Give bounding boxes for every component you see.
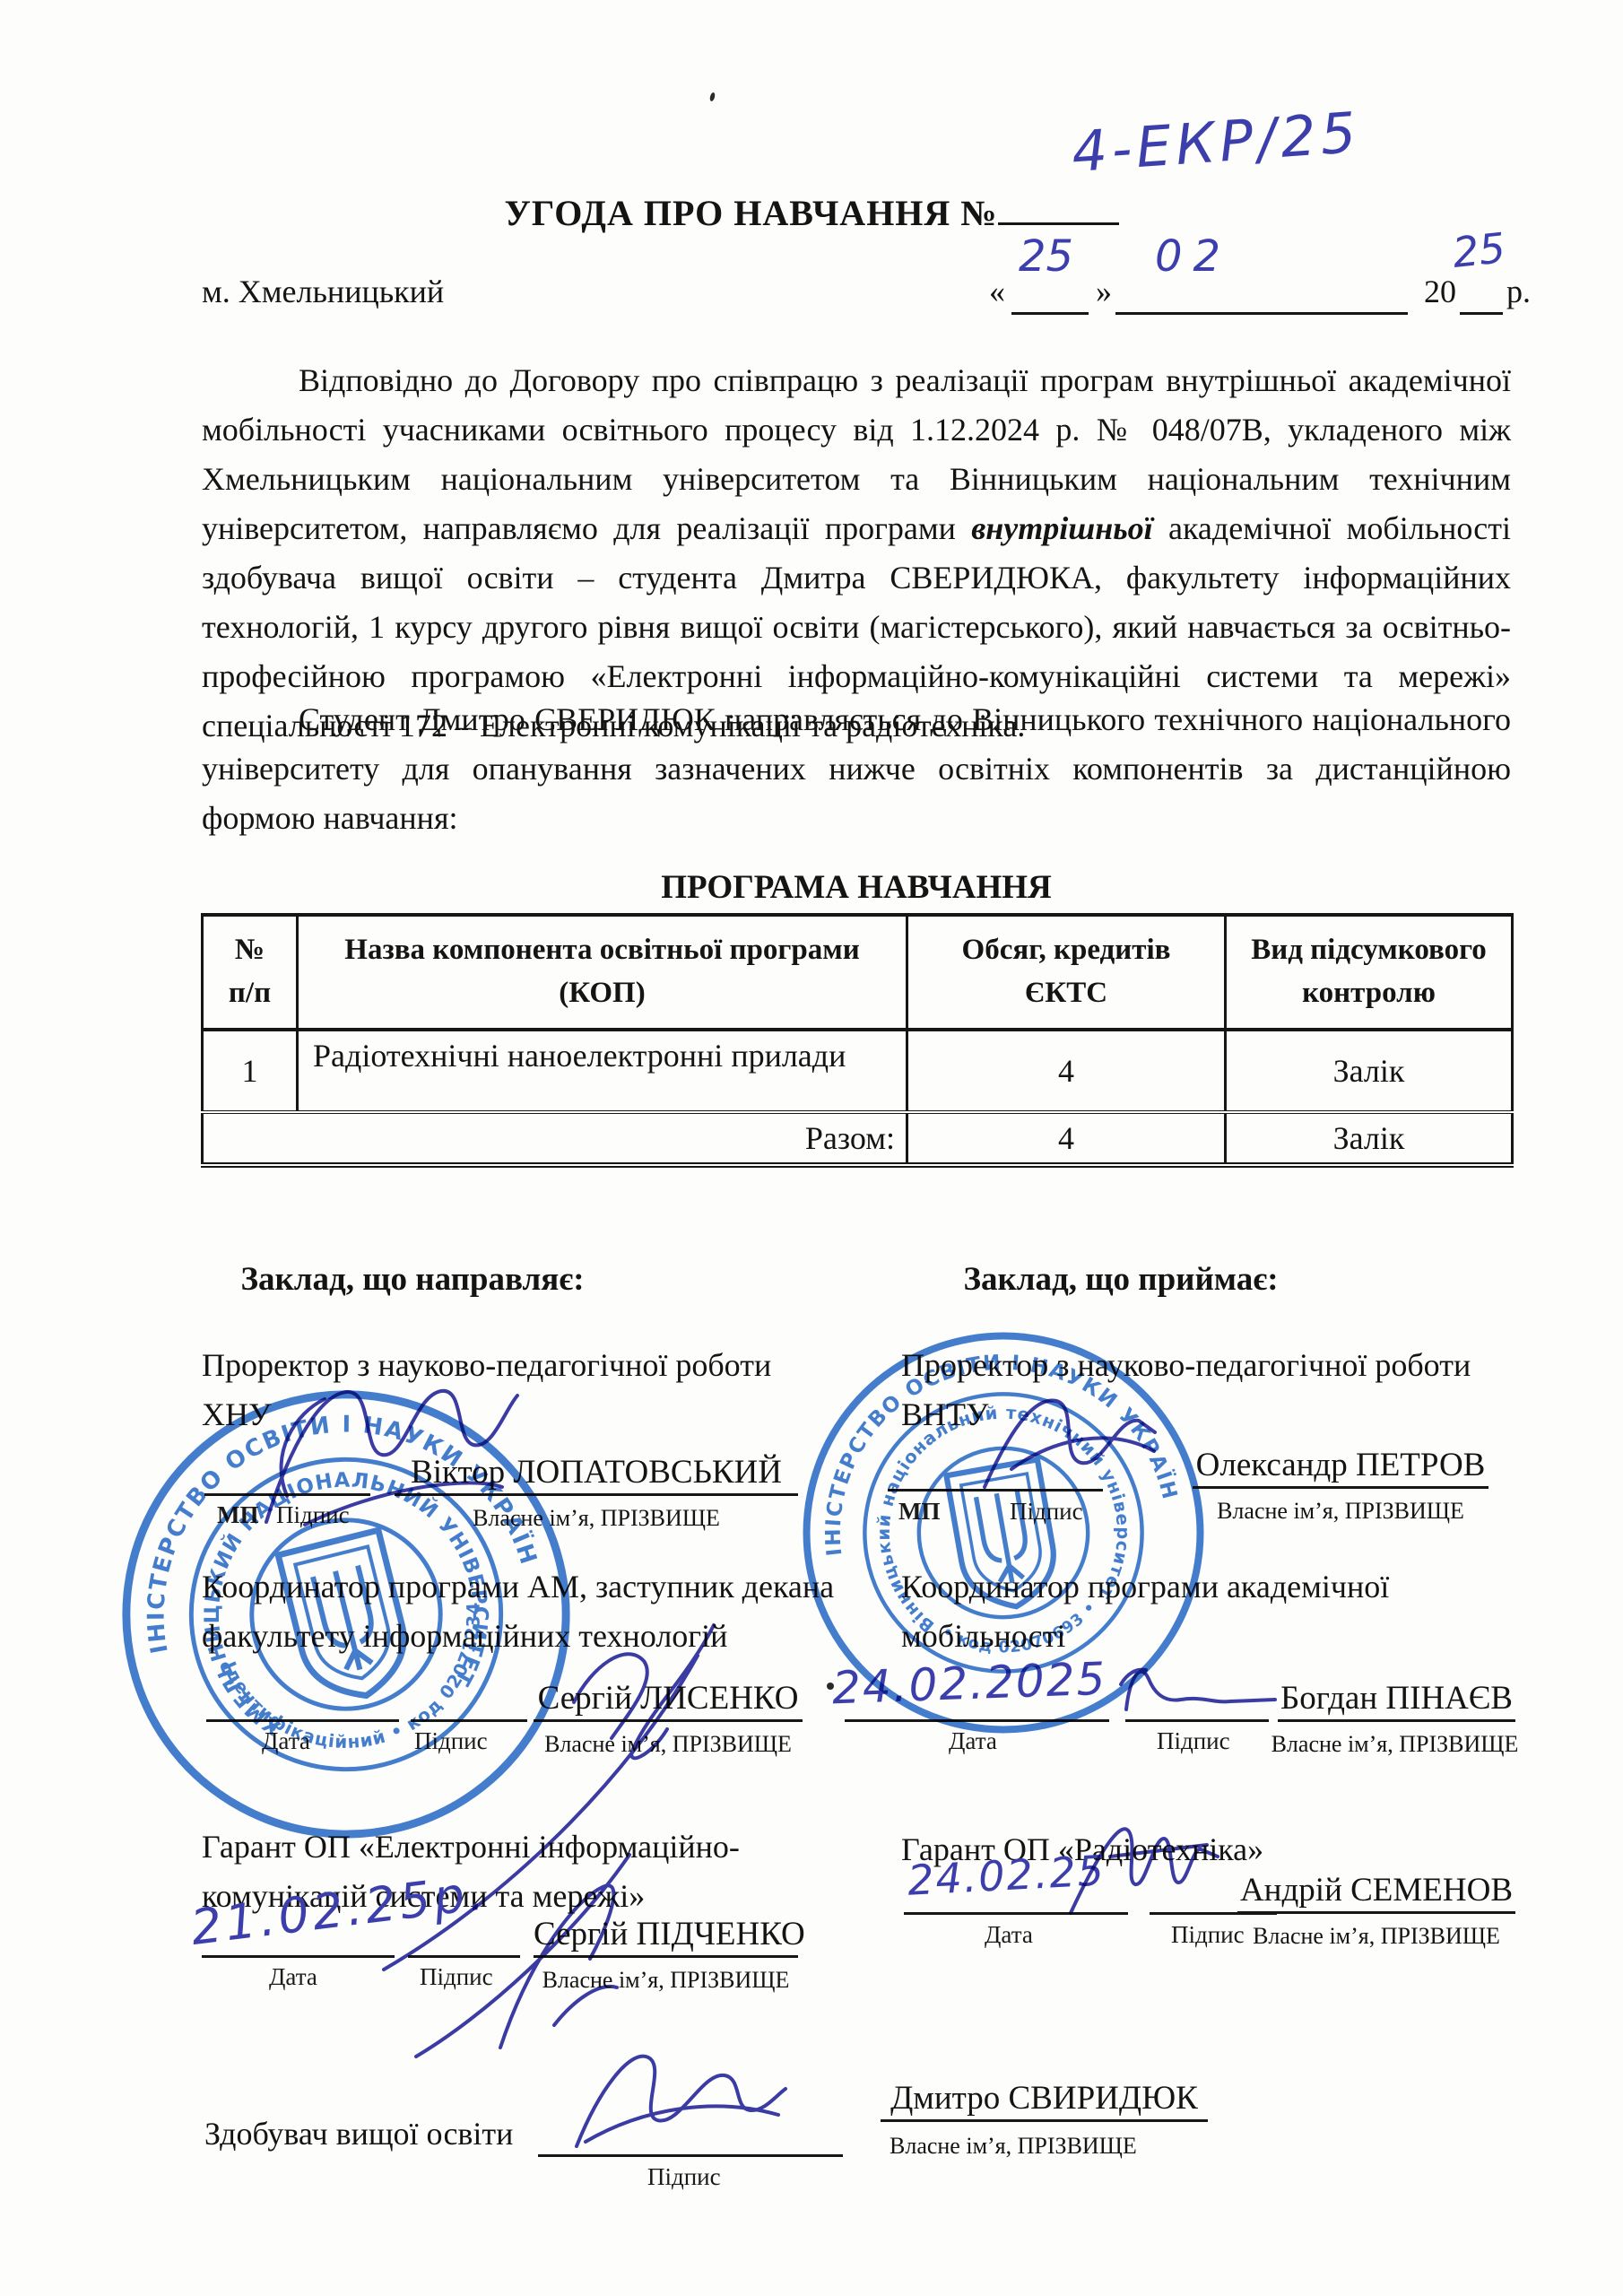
total-label: Разом: — [203, 1112, 907, 1165]
receiving-institution-header: Заклад, що приймає: — [933, 1260, 1309, 1299]
right-sign-label-2: Підпис — [1157, 1727, 1230, 1755]
right-name-3: Андрій СЕМЕНОВ — [1237, 1871, 1515, 1914]
right-date-line-3 — [904, 1912, 1128, 1915]
right-name-1-label: Власне ім’я, ПРІЗВИЩЕ — [1193, 1498, 1488, 1525]
handwritten-month: 02 — [1155, 231, 1231, 282]
right-name-1: Олександр ПЕТРОВ — [1193, 1446, 1488, 1489]
trident-icon — [278, 1530, 416, 1708]
header-component: Назва компонента освітньої програми(КОП) — [298, 915, 907, 1030]
handwritten-date-semenov: 24.02.25 — [907, 1846, 1107, 1904]
svg-text:Ідентифікаційний • код 0207123: Ідентифікаційний • код 02071234 — [218, 1597, 512, 1781]
header-num: №п/п — [203, 915, 298, 1030]
right-name-2: Богдан ПІНАЄВ — [1278, 1679, 1515, 1722]
student-sign-label: Підпис — [647, 2163, 721, 2191]
document-title-row: УГОДА ПРО НАВЧАННЯ № — [0, 188, 1623, 234]
right-sign-line-2 — [1125, 1719, 1269, 1722]
paragraph-1-bold-word: внутрішньої — [971, 510, 1152, 546]
stamp-code-text: Ідентифікаційний • код 02071234 — [218, 1597, 512, 1781]
left-sign-label-3: Підпис — [420, 1963, 493, 1991]
right-date-label-3: Дата — [985, 1921, 1033, 1949]
left-sign-line-3 — [408, 1955, 520, 1958]
header-control: Вид підсумковогоконтролю — [1226, 915, 1513, 1030]
ink-speck — [709, 92, 716, 102]
sending-institution-header: Заклад, що направляє: — [202, 1260, 623, 1299]
left-date-label-3: Дата — [269, 1963, 317, 1991]
total-control: Залік — [1226, 1112, 1513, 1165]
student-name-label: Власне ім’я, ПРІЗВИЩЕ — [881, 2133, 1217, 2160]
right-name-3-label: Власне ім’я, ПРІЗВИЩЕ — [1228, 1923, 1524, 1950]
student-sign-line — [538, 2154, 843, 2157]
cell-control: Залік — [1226, 1030, 1513, 1112]
left-name-3-label: Власне ім’я, ПРІЗВИЩЕ — [534, 1967, 798, 1994]
cell-component: Радіотехнічні наноелектронні прилади — [298, 1030, 907, 1112]
left-date-line-3 — [202, 1955, 395, 1958]
title-number-blank — [998, 188, 1119, 225]
total-credits: 4 — [907, 1112, 1226, 1165]
left-name-3: Сергій ПІДЧЕНКО — [534, 1915, 798, 1958]
signature-svyrydiuk — [577, 2057, 785, 2146]
cell-num: 1 — [203, 1030, 298, 1112]
cell-credits: 4 — [907, 1030, 1226, 1112]
paragraph-2: Студент Дмитро СВЕРИДЮК направляється до… — [202, 695, 1511, 843]
vntu-university-stamp: МІНІСТЕРСТВО ОСВІТИ І НАУКИ УКРАЇНИ Вінн… — [763, 1292, 1243, 1772]
table-header-row: №п/п Назва компонента освітньої програми… — [203, 915, 1513, 1030]
right-name-2-label: Власне ім’я, ПРІЗВИЩЕ — [1263, 1731, 1527, 1758]
handwritten-year: 25 — [1450, 223, 1507, 277]
knu-university-stamp: МІНІСТЕРСТВО ОСВІТИ І НАУКИ УКРАЇНИ ХМЕЛ… — [65, 1334, 627, 1895]
paragraph-1: Відповідно до Договору про співпрацю з р… — [202, 307, 1511, 751]
program-table-title: ПРОГРАМА НАВЧАННЯ — [202, 868, 1511, 907]
handwritten-day: 25 — [1019, 231, 1073, 282]
scanned-agreement-page: УГОДА ПРО НАВЧАННЯ № 4-ЕКР/25 м. Хмельни… — [0, 0, 1623, 2296]
header-credits: Обсяг, кредитівЄКТС — [907, 915, 1226, 1030]
student-name: Дмитро СВИРИДЮК — [881, 2079, 1208, 2122]
page-title: УГОДА ПРО НАВЧАННЯ № — [505, 193, 1119, 233]
program-table: №п/п Назва компонента освітньої програми… — [201, 913, 1514, 1168]
table-total-row: Разом: 4 Залік — [203, 1112, 1513, 1165]
table-row: 1 Радіотехнічні наноелектронні прилади 4… — [203, 1030, 1513, 1112]
trident-icon — [946, 1459, 1062, 1614]
student-label: Здобувач вищої освіти — [204, 2109, 513, 2159]
handwritten-agreement-number: 4-ЕКР/25 — [1070, 100, 1362, 185]
